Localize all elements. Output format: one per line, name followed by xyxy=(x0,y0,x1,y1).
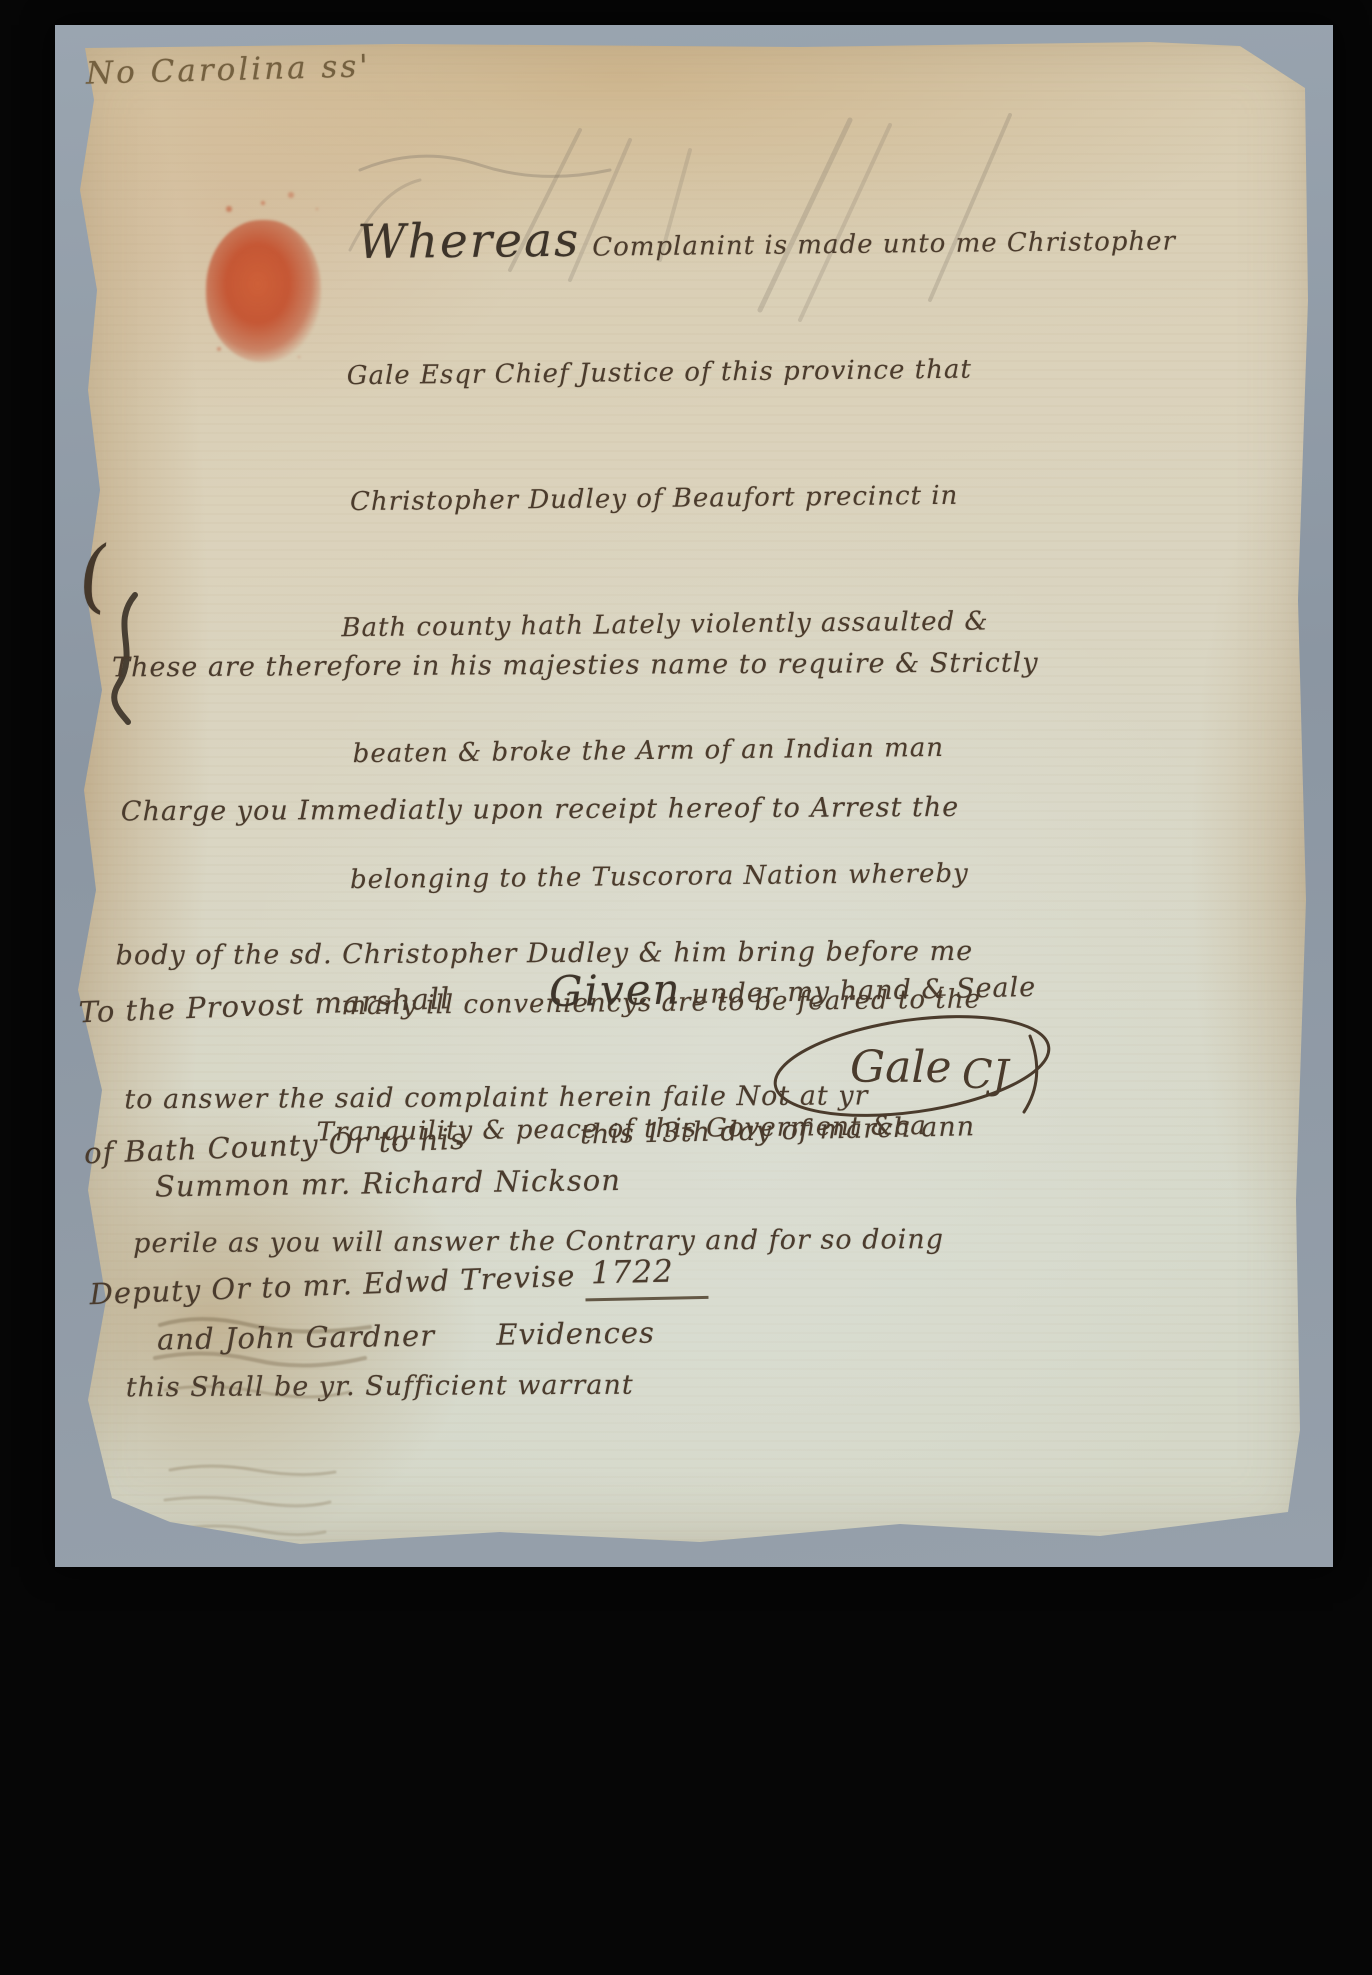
summon-line: and John Gardner Evidences xyxy=(157,1308,655,1366)
summon-line: Summon mr. Richard Nickson xyxy=(155,1155,653,1213)
address-line: To the Provost marshall xyxy=(78,971,566,1037)
paragraph-line-text: Complanint is made unto me Christopher xyxy=(592,226,1176,262)
red-wax-seal xyxy=(206,220,321,362)
heading-jurisdiction: No Carolina ss' xyxy=(86,48,372,91)
paragraph-line: WhereasComplanint is made unto me Christ… xyxy=(357,213,1176,271)
scanned-document-page: No Carolina ss' WhereasComplanint is mad… xyxy=(0,0,1372,1975)
signature-gale: Gale CJ xyxy=(762,988,1062,1138)
paragraph-line: Charge you Immediatly upon receipt hereo… xyxy=(121,784,1040,837)
signature-name: Gale xyxy=(850,1042,952,1093)
summon-note: Summon mr. Richard Nickson and John Gard… xyxy=(153,1053,656,1468)
lead-word-whereas: Whereas xyxy=(357,213,592,270)
lead-word-given: Given xyxy=(549,964,693,1016)
paragraph-line: Christopher Dudley of Beaufort precinct … xyxy=(350,472,1179,523)
paragraph-line: These are therefore in his majesties nam… xyxy=(112,640,1039,693)
signature-suffix: CJ xyxy=(962,1052,1011,1098)
paragraph-line: Gale Esqr Chief Justice of this province… xyxy=(347,346,1178,397)
